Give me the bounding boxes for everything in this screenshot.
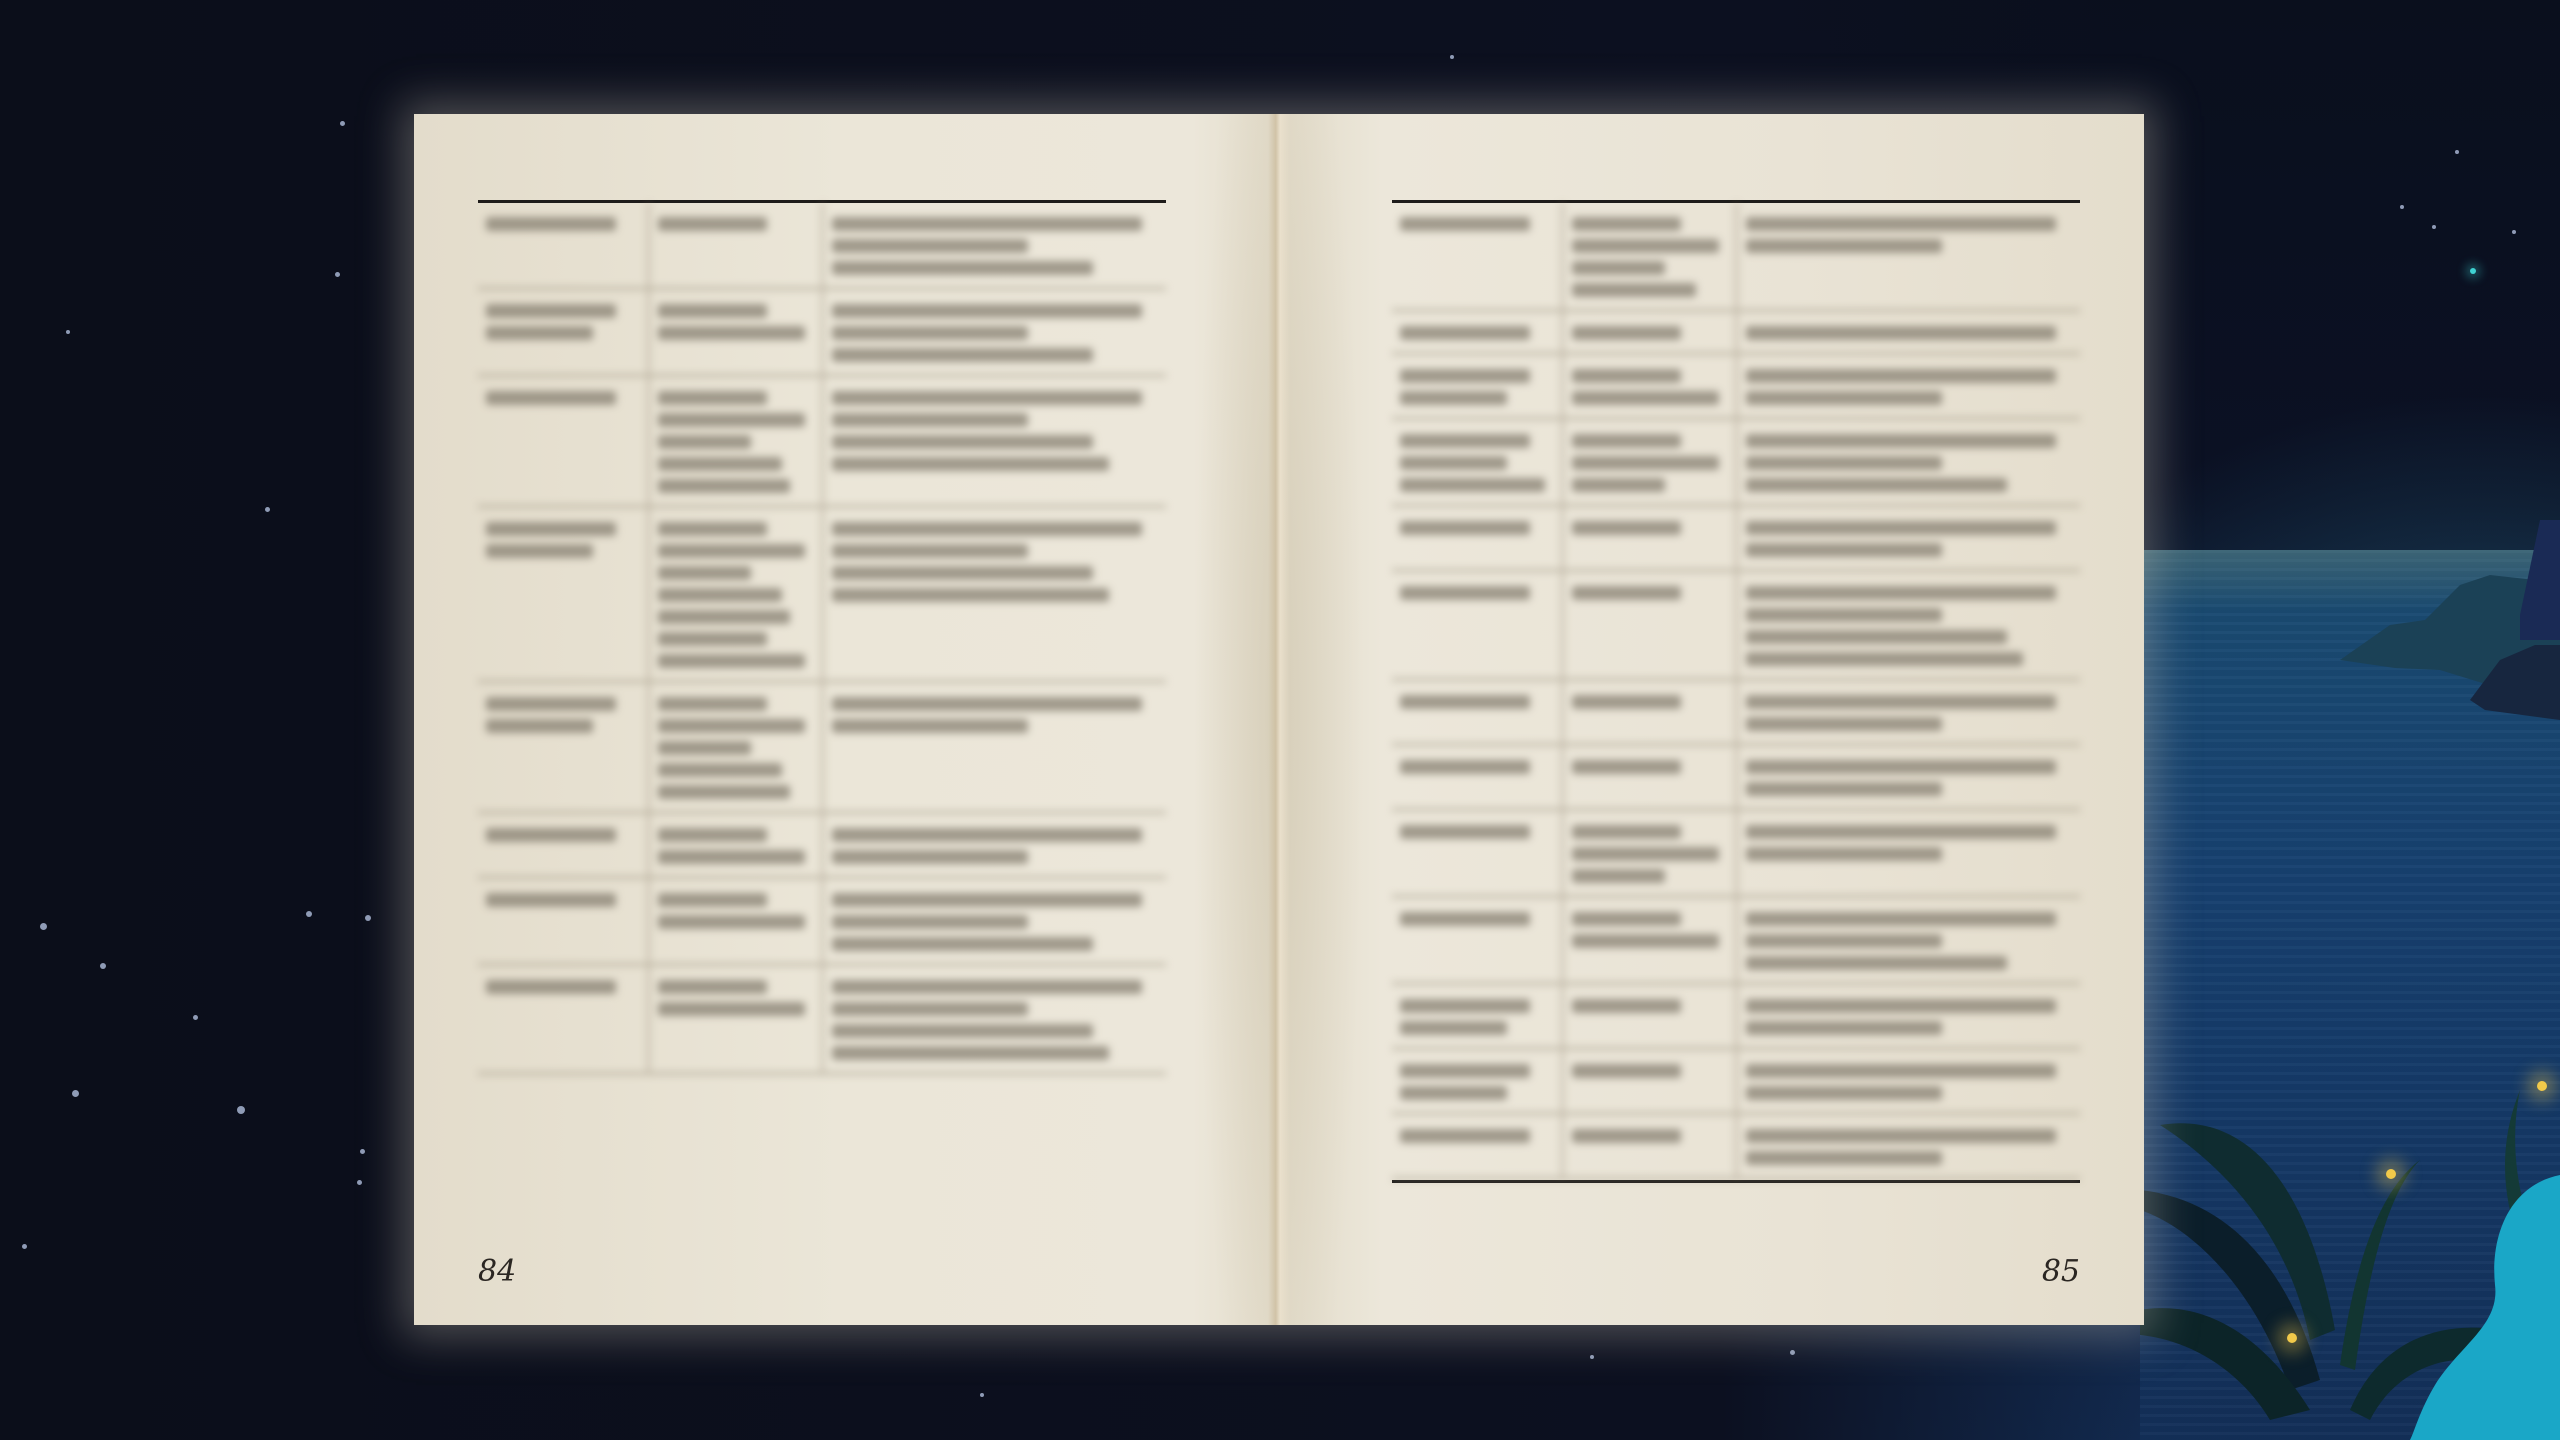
left-page-number: 84 — [478, 1254, 516, 1289]
table-row — [478, 879, 1166, 966]
table-cell — [650, 879, 824, 963]
table-row — [1392, 203, 2080, 312]
table-cell — [1392, 746, 1564, 808]
table-cell — [478, 683, 650, 811]
table-row — [1392, 355, 2080, 420]
star — [22, 1244, 27, 1249]
table-cell — [478, 377, 650, 505]
star — [1790, 1350, 1795, 1355]
table-cell — [1392, 572, 1564, 678]
star — [306, 911, 312, 917]
table-cell — [1738, 203, 2080, 309]
table-cell — [650, 203, 824, 287]
book-spine — [1268, 114, 1290, 1325]
table-cell — [1738, 898, 2080, 982]
star — [2455, 150, 2459, 154]
lighthouse-base — [2500, 520, 2560, 640]
table-cell — [1738, 746, 2080, 808]
table-row — [478, 203, 1166, 290]
right-page: 85 — [1392, 114, 2080, 1325]
table-cell — [1392, 985, 1564, 1047]
table-cell — [650, 377, 824, 505]
table-cell — [1738, 985, 2080, 1047]
table-cell — [1564, 203, 1738, 309]
star — [193, 1015, 198, 1020]
star — [1450, 55, 1454, 59]
star — [2512, 230, 2516, 234]
table-cell — [1738, 420, 2080, 504]
table-row — [478, 966, 1166, 1075]
table-cell — [824, 377, 1166, 505]
table-cell — [650, 290, 824, 374]
star — [72, 1090, 79, 1097]
table-cell — [1564, 811, 1738, 895]
table-row — [478, 814, 1166, 879]
table-row — [1392, 1115, 2080, 1180]
star — [335, 272, 340, 277]
star — [360, 1149, 365, 1154]
table-cell — [1564, 572, 1738, 678]
table-row — [1392, 420, 2080, 507]
table-cell — [1564, 898, 1738, 982]
table-row — [1392, 811, 2080, 898]
table-cell — [824, 203, 1166, 287]
left-page-table — [478, 200, 1166, 1075]
table-row — [478, 377, 1166, 508]
table-cell — [1392, 355, 1564, 417]
table-cell — [1564, 985, 1738, 1047]
star — [357, 1180, 362, 1185]
table-cell — [1738, 355, 2080, 417]
table-row — [1392, 681, 2080, 746]
table-row — [1392, 746, 2080, 811]
open-journal-book: 84 85 — [414, 114, 2144, 1325]
table-row — [478, 683, 1166, 814]
table-cell — [650, 683, 824, 811]
table-cell — [824, 683, 1166, 811]
table-row — [478, 508, 1166, 683]
table-cell — [478, 290, 650, 374]
table-row — [1392, 985, 2080, 1050]
table-cell — [824, 290, 1166, 374]
table-cell — [1738, 312, 2080, 352]
table-cell — [1564, 1115, 1738, 1177]
table-cell — [1564, 355, 1738, 417]
table-cell — [824, 814, 1166, 876]
table-cell — [1738, 507, 2080, 569]
star — [365, 915, 371, 921]
right-page-table — [1392, 200, 2080, 1183]
table-cell — [1564, 746, 1738, 808]
star — [100, 963, 106, 969]
firefly — [2287, 1333, 2297, 1343]
table-cell — [1392, 420, 1564, 504]
table-cell — [1738, 811, 2080, 895]
table-cell — [478, 879, 650, 963]
table-cell — [1392, 811, 1564, 895]
table-cell — [1738, 572, 2080, 678]
star — [2470, 268, 2476, 274]
table-cell — [1738, 1115, 2080, 1177]
star — [237, 1106, 245, 1114]
table-cell — [1392, 203, 1564, 309]
table-cell — [1392, 312, 1564, 352]
table-cell — [824, 966, 1166, 1072]
table-cell — [1564, 681, 1738, 743]
table-cell — [478, 814, 650, 876]
star — [2400, 205, 2404, 209]
star — [265, 507, 270, 512]
firefly — [2537, 1081, 2547, 1091]
table-cell — [1392, 898, 1564, 982]
table-cell — [1564, 507, 1738, 569]
table-cell — [650, 814, 824, 876]
table-cell — [1564, 1050, 1738, 1112]
table-cell — [824, 879, 1166, 963]
table-cell — [650, 508, 824, 680]
star — [40, 923, 47, 930]
coast-rocks — [2140, 550, 2560, 750]
firefly — [2386, 1169, 2396, 1179]
table-row — [1392, 572, 2080, 681]
table-cell — [1738, 681, 2080, 743]
star — [340, 121, 345, 126]
table-cell — [1564, 312, 1738, 352]
star — [980, 1393, 984, 1397]
table-cell — [1392, 1115, 1564, 1177]
table-cell — [478, 508, 650, 680]
star — [66, 330, 70, 334]
creature-silhouette — [2380, 1175, 2560, 1440]
table-cell — [824, 508, 1166, 680]
table-row — [1392, 507, 2080, 572]
star — [2432, 225, 2436, 229]
table-cell — [1738, 1050, 2080, 1112]
table-cell — [1564, 420, 1738, 504]
left-page: 84 — [478, 114, 1166, 1325]
table-row — [1392, 312, 2080, 355]
table-cell — [478, 203, 650, 287]
table-row — [478, 290, 1166, 377]
table-cell — [650, 966, 824, 1072]
table-cell — [1392, 1050, 1564, 1112]
table-row — [1392, 898, 2080, 985]
table-cell — [478, 966, 650, 1072]
table-cell — [1392, 681, 1564, 743]
star — [1590, 1355, 1594, 1359]
table-row — [1392, 1050, 2080, 1115]
right-page-number: 85 — [2042, 1254, 2080, 1289]
table-cell — [1392, 507, 1564, 569]
